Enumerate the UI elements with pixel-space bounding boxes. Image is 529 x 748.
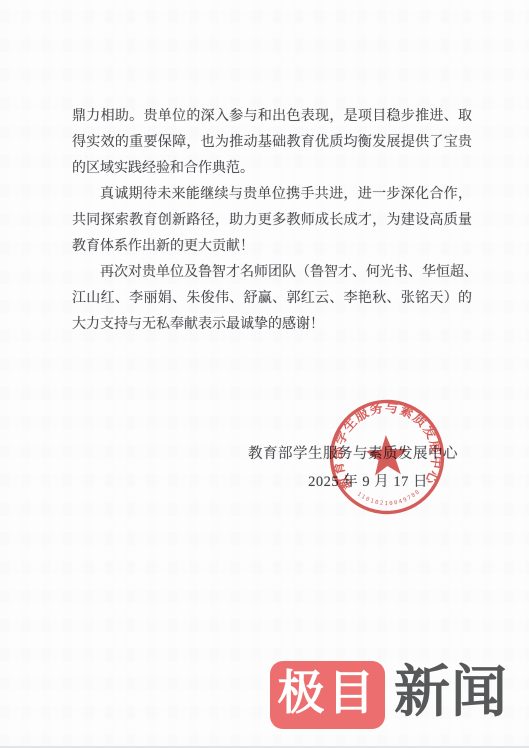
body-line-8: 江山红、李丽娟、朱俊伟、舒赢、郭红云、李艳秋、张铭天）的	[72, 286, 472, 312]
body-line-9: 大力支持与无私奉献表示最诚挚的感谢！	[72, 312, 472, 338]
body-line-3: 的区域实践经验和合作典范。	[72, 156, 472, 182]
body-line-2: 得实效的重要保障，也为推动基础教育优质均衡发展提供了宝贵	[72, 130, 472, 156]
jimu-logo-red-box: 极目	[270, 661, 385, 729]
jimu-logo-box-text: 极目	[278, 671, 378, 718]
body-line-5: 共同探索教育创新路径，助力更多教师成长成才，为建设高质量	[72, 208, 472, 234]
body-line-4: 真诚期待未来能继续与贵单位携手共进，进一步深化合作，	[72, 182, 472, 208]
letter-body: 鼎力相助。贵单位的深入参与和出色表现，是项目稳步推进、取 得实效的重要保障，也为…	[72, 104, 472, 338]
official-red-seal: 教育部学生服务与素质发展中心 11010210049780	[324, 394, 450, 520]
body-line-1: 鼎力相助。贵单位的深入参与和出色表现，是项目稳步推进、取	[72, 104, 472, 130]
scanned-letter-page: 鼎力相助。贵单位的深入参与和出色表现，是项目稳步推进、取 得实效的重要保障，也为…	[0, 0, 529, 748]
seal-star-icon	[365, 434, 409, 476]
body-line-6: 教育体系作出新的更大贡献！	[72, 234, 472, 260]
jimu-logo-suffix-text: 新闻	[394, 665, 508, 721]
jimu-news-logo: 极目 新闻	[270, 660, 508, 730]
seal-graphic: 教育部学生服务与素质发展中心 11010210049780	[324, 394, 450, 520]
body-line-7: 再次对贵单位及鲁智才名师团队（鲁智才、何光书、华恒超、	[72, 260, 472, 286]
